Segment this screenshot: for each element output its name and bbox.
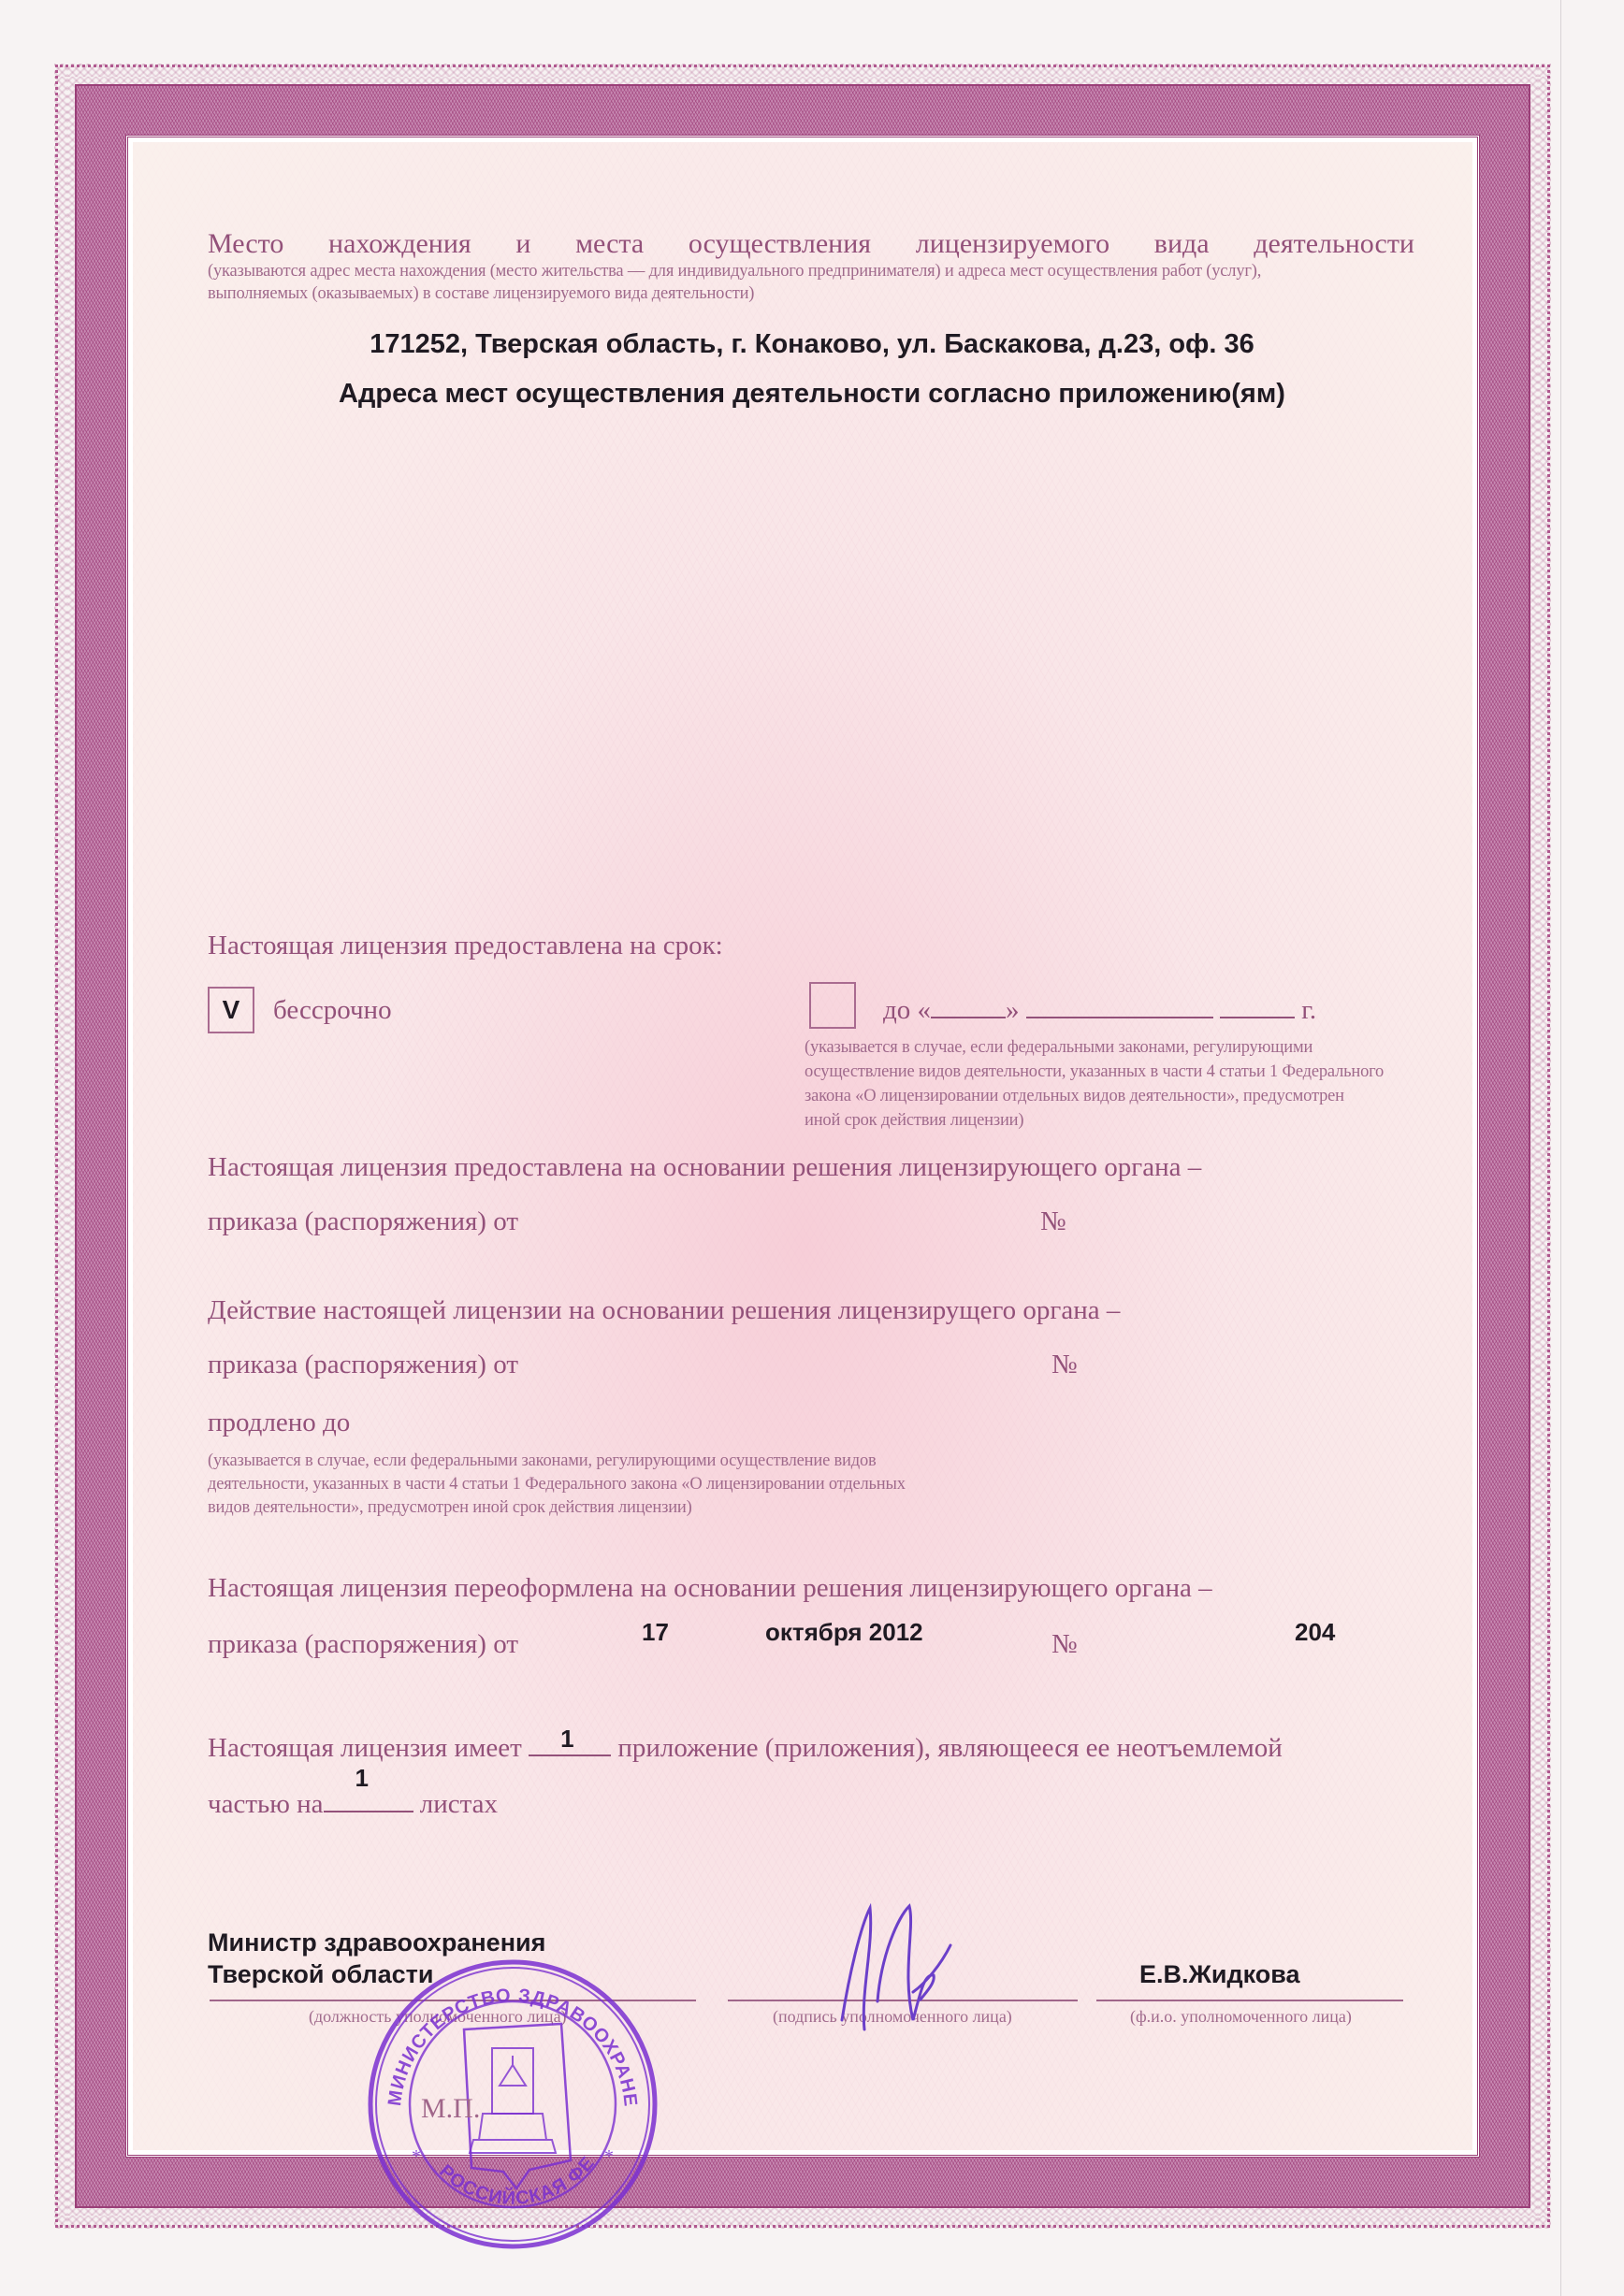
svg-text:*: * — [604, 2146, 614, 2167]
granted-number-label: № — [1040, 1206, 1066, 1237]
signatory-name: Е.В.Жидкова — [1139, 1960, 1300, 1989]
extended-note-line: видов деятельности», предусмотрен иной с… — [208, 1498, 692, 1518]
document-body-background — [133, 142, 1472, 2150]
granted-order-label: приказа (распоряжения) от — [208, 1206, 518, 1237]
licensee-address: 171252, Тверская область, г. Конаково, у… — [0, 329, 1624, 360]
until-suffix: г. — [1301, 995, 1316, 1025]
until-note-line: осуществление видов деятельности, указан… — [805, 1062, 1384, 1082]
appendix-line1: Настоящая лицензия имеет 1 приложение (п… — [208, 1728, 1283, 1764]
reissued-basis-line: Настоящая лицензия переоформлена на осно… — [208, 1573, 1212, 1604]
until-month-blank[interactable] — [1026, 996, 1213, 1018]
until-prefix: до « — [883, 995, 931, 1025]
heading-word: лицензируемого — [916, 228, 1109, 260]
extended-note-line: (указывается в случае, если федеральными… — [208, 1451, 877, 1471]
appendix-text-4: листах — [420, 1789, 498, 1819]
handwritten-signature-icon — [823, 1889, 954, 2039]
official-seal-stamp: МИНИСТЕРСТВО ЗДРАВООХРАНЕНИЯ ТВЕРСКОЙ ОБ… — [363, 1955, 662, 2254]
sheet-count: 1 — [355, 1764, 369, 1793]
extended-order-label: приказа (распоряжения) от — [208, 1350, 518, 1380]
location-heading: Место нахождения и места осуществления л… — [208, 228, 1414, 260]
until-day-blank[interactable] — [931, 996, 1006, 1018]
heading-word: деятельности — [1254, 228, 1414, 260]
location-note-line1: (указываются адрес места нахождения (мес… — [208, 262, 1261, 282]
appendix-text-3: частью на — [208, 1789, 324, 1819]
reissued-number-label: № — [1051, 1629, 1078, 1660]
extended-until-label: продлено до — [208, 1408, 350, 1438]
reissued-day: 17 — [642, 1618, 669, 1647]
until-note-line: закона «О лицензировании отдельных видов… — [805, 1087, 1344, 1106]
reissued-order-label: приказа (распоряжения) от — [208, 1629, 518, 1660]
term-indefinite-label: бессрочно — [273, 995, 392, 1026]
until-year-blank[interactable] — [1220, 996, 1295, 1018]
term-until-checkbox[interactable] — [809, 982, 856, 1029]
term-until-field: до «» г. — [883, 995, 1316, 1026]
location-note-line2: выполняемых (оказываемых) в составе лице… — [208, 284, 754, 304]
seal-icon: МИНИСТЕРСТВО ЗДРАВООХРАНЕНИЯ ТВЕРСКОЙ ОБ… — [363, 1955, 662, 2254]
seal-placeholder-label: М.П. — [421, 2093, 480, 2125]
extended-number-label: № — [1051, 1350, 1078, 1380]
heading-word: места — [575, 228, 644, 260]
heading-word: вида — [1154, 228, 1210, 260]
activity-addresses-note: Адреса мест осуществления деятельности с… — [0, 379, 1624, 410]
svg-text:*: * — [412, 2146, 421, 2167]
reissued-month-year: октября 2012 — [765, 1618, 923, 1647]
term-label: Настоящая лицензия предоставлена на срок… — [208, 931, 723, 961]
position-title-line1: Министр здравоохранения — [208, 1928, 545, 1957]
heading-word: нахождения — [328, 228, 471, 260]
extended-basis-line: Действие настоящей лицензии на основании… — [208, 1295, 1120, 1326]
appendix-line2: частью на1 листах — [208, 1784, 498, 1820]
until-note-line: (указывается в случае, если федеральными… — [805, 1038, 1312, 1058]
sheet-count-field: 1 — [324, 1784, 413, 1812]
until-note-line: иной срок действия лицензии) — [805, 1111, 1023, 1131]
name-line — [1096, 2000, 1403, 2001]
heading-word: и — [515, 228, 530, 260]
granted-basis-line: Настоящая лицензия предоставлена на осно… — [208, 1152, 1201, 1183]
term-indefinite-checkbox[interactable]: V — [208, 987, 254, 1033]
heading-word: Место — [208, 228, 283, 260]
reissued-number: 204 — [1295, 1618, 1335, 1647]
heading-word: осуществления — [689, 228, 871, 260]
appendix-count-field: 1 — [529, 1728, 611, 1756]
name-caption: (ф.и.о. уполномоченного лица) — [1130, 2007, 1352, 2027]
until-mid: » — [1006, 995, 1020, 1025]
appendix-text-2: приложение (приложения), являющееся ее н… — [617, 1733, 1282, 1763]
extended-note-line: деятельности, указанных в части 4 статьи… — [208, 1475, 906, 1495]
checkmark: V — [223, 995, 240, 1025]
appendix-count: 1 — [560, 1725, 573, 1754]
appendix-text-1: Настоящая лицензия имеет — [208, 1733, 522, 1763]
